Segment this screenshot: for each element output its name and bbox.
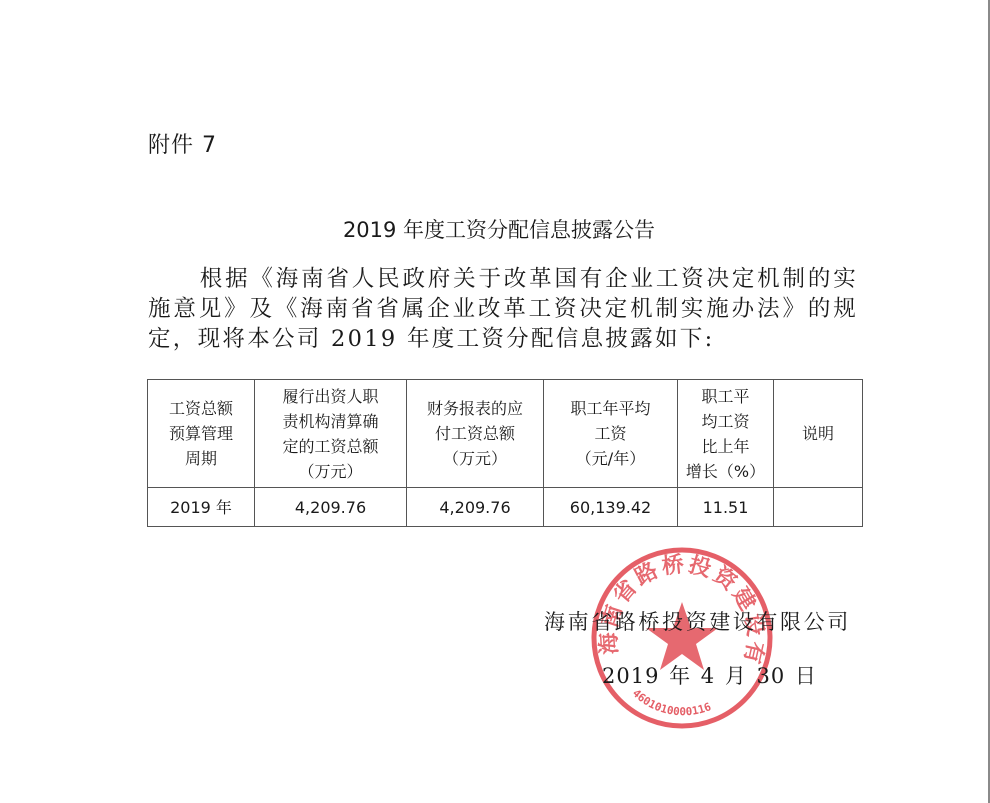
company-seal-icon: 海南省路桥投资建设有限公司 4601010000116 <box>588 544 776 732</box>
cell-confirmed-total: 4,209.76 <box>255 488 407 527</box>
header-budget-period: 工资总额 预算管理 周期 <box>148 380 255 488</box>
cell-payable-total: 4,209.76 <box>407 488 544 527</box>
intro-paragraph: 根据《海南省人民政府关于改革国有企业工资决定机制的实施意见》及《海南省省属企业改… <box>148 264 858 354</box>
cell-growth: 11.51 <box>678 488 774 527</box>
wage-disclosure-table: 工资总额 预算管理 周期 履行出资人职 责机构清算确 定的工资总额 （万元） 财… <box>147 379 863 527</box>
cell-period: 2019 年 <box>148 488 255 527</box>
table-row: 2019 年 4,209.76 4,209.76 60,139.42 11.51 <box>148 488 863 527</box>
header-notes: 说明 <box>774 380 863 488</box>
cell-notes <box>774 488 863 527</box>
header-average-wage: 职工年平均 工资 （元/年） <box>544 380 678 488</box>
header-confirmed-total-wages: 履行出资人职 责机构清算确 定的工资总额 （万元） <box>255 380 407 488</box>
document-title: 2019 年度工资分配信息披露公告 <box>0 214 990 244</box>
svg-text:4601010000116: 4601010000116 <box>630 687 713 719</box>
header-wage-growth: 职工平 均工资 比上年 增长（%） <box>678 380 774 488</box>
signature-company: 海南省路桥投资建设有限公司 <box>544 606 851 636</box>
table-header-row: 工资总额 预算管理 周期 履行出资人职 责机构清算确 定的工资总额 （万元） 财… <box>148 380 863 488</box>
cell-average-wage: 60,139.42 <box>544 488 678 527</box>
header-payable-total-wages: 财务报表的应 付工资总额 （万元） <box>407 380 544 488</box>
signature-date: 2019 年 4 月 30 日 <box>602 660 817 690</box>
attachment-label: 附件 7 <box>148 128 217 159</box>
